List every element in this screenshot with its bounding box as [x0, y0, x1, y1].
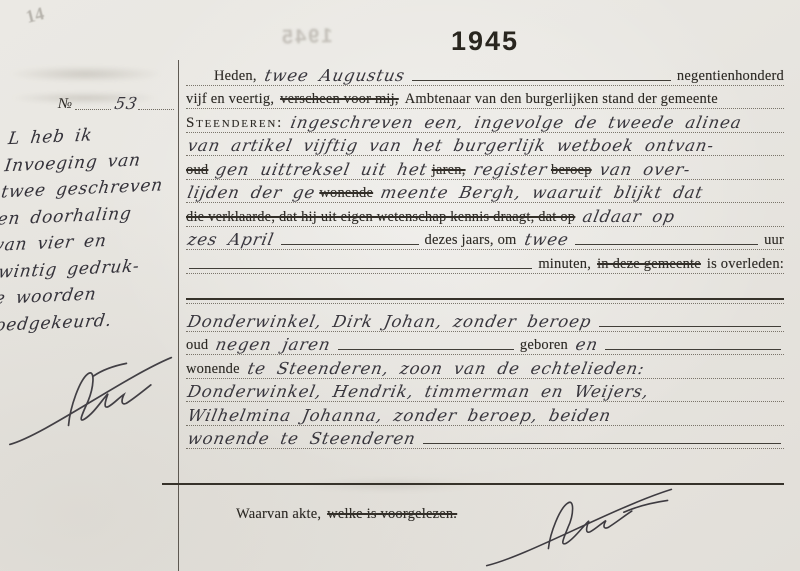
page-corner-number: 14 — [24, 3, 47, 28]
handwritten-text: Donderwinkel, Dirk Johan, zonder beroep — [186, 312, 593, 331]
handwritten-text: te Steenderen, zoon van de echtelieden: — [246, 359, 647, 378]
printed-text: dezes jaars, om — [425, 232, 517, 249]
fill-rule — [605, 349, 781, 350]
line-officiant: vijf en veertig,verscheen voor mij,Ambte… — [186, 86, 784, 110]
handwritten-text: twee Augustus — [263, 66, 407, 85]
line-mother: Wilhelmina Johanna, zonder beroep, beide… — [186, 402, 784, 426]
line-parents-residence: wonende te Steenderen — [186, 426, 784, 450]
printed-struck-text: welke is voorgelezen. — [327, 506, 457, 523]
printed-text: is overleden: — [707, 256, 784, 273]
handwritten-text: Wilhelmina Johanna, zonder beroep, beide… — [186, 406, 613, 425]
printed-text: Waarvan akte, — [236, 506, 321, 523]
handwritten-text: lijden der ge — [186, 183, 317, 202]
fill-rule — [281, 244, 418, 245]
bleed-through-smudge — [8, 66, 163, 82]
fill-rule — [189, 268, 532, 269]
printed-smallcaps-text: Steenderen: — [186, 115, 283, 132]
clerk-signature-icon — [481, 480, 677, 568]
line-death-date-time: zes Aprildezes jaars, omtweeuur — [186, 227, 784, 251]
printed-text: minuten, — [538, 256, 591, 273]
heavy-fill-rule — [186, 298, 784, 300]
fill-rule — [338, 349, 514, 350]
line-gemeente-registration: Steenderen:ingeschreven een, ingevolge d… — [186, 109, 784, 133]
printed-text: uur — [764, 232, 784, 249]
handwritten-text: ingeschreven een, ingevolge de tweede al… — [289, 113, 744, 132]
line-opening-date: Heden,twee Augustusnegentienhonderd — [186, 62, 784, 86]
closing-rule — [162, 464, 784, 488]
handwritten-text: zes April — [186, 230, 276, 249]
handwritten-text: register — [472, 160, 549, 179]
printed-struck-text: jaren, — [432, 162, 466, 179]
act-column: Heden,twee Augustusnegentienhonderdvijf … — [186, 62, 784, 523]
fill-rule — [599, 326, 781, 327]
handwritten-text: Donderwinkel, Hendrik, timmerman en Weij… — [186, 382, 651, 401]
fill-rule — [423, 443, 781, 444]
printed-text: wonende — [186, 361, 240, 378]
handwritten-text: en — [574, 335, 600, 354]
line-uittreksel: oudgen uittreksel uit hetjaren,registerb… — [186, 156, 784, 180]
line-overleden: minuten,in deze gemeenteis overleden: — [186, 250, 784, 274]
printed-struck-text: oud — [186, 162, 208, 179]
printed-struck-text: beroep — [551, 162, 592, 179]
printed-text: Ambtenaar van den burgerlijken stand der… — [405, 91, 718, 108]
act-number-label: № — [58, 96, 73, 113]
line-age-born: oudnegen jarengeborenen — [186, 332, 784, 356]
year-header: 1945 — [185, 26, 785, 57]
act-number-value: 53 — [113, 94, 139, 113]
printed-text: negentienhonderd — [677, 68, 784, 85]
line-father: Donderwinkel, Hendrik, timmerman en Weij… — [186, 379, 784, 403]
handwritten-text: negen jaren — [214, 335, 332, 354]
heavy-fill-rule — [162, 483, 784, 485]
printed-struck-text: in deze gemeente — [597, 256, 701, 273]
death-certificate-page: 14 1945 1945 № 53 L heb ikInvoeging vant… — [0, 0, 800, 571]
handwritten-text: twee — [523, 230, 571, 249]
line-struck-declaration: die verklaarde, dat hij uit eigen wetens… — [186, 203, 784, 227]
handwritten-text: van artikel vijftig van het burgerlijk w… — [186, 136, 716, 155]
printed-text: oud — [186, 337, 208, 354]
line-deceased: Donderwinkel, Dirk Johan, zonder beroep — [186, 308, 784, 332]
printed-text: vijf en veertig, — [186, 91, 274, 108]
fill-rule — [412, 80, 671, 81]
line-gemeente-bergh: lijden der gewonendemeente Bergh, waarui… — [186, 180, 784, 204]
handwritten-text: wonende te Steenderen — [186, 429, 418, 448]
handwritten-text: van over- — [598, 160, 692, 179]
printed-struck-text: die verklaarde, dat hij uit eigen wetens… — [186, 209, 575, 226]
dotted-leader — [138, 109, 174, 110]
dotted-leader — [75, 109, 111, 110]
line-blank-rule — [186, 281, 784, 305]
printed-text: Heden, — [214, 68, 257, 85]
printed-struck-text: wonende — [319, 185, 373, 202]
printed-text: geboren — [520, 337, 568, 354]
margin-signature-icon — [5, 345, 177, 448]
line-artikel: van artikel vijftig van het burgerlijk w… — [186, 133, 784, 157]
handwritten-text: meente Bergh, waaruit blijkt dat — [379, 183, 705, 202]
line-residence: wonendete Steenderen, zoon van de echtel… — [186, 355, 784, 379]
act-number-row: № 53 — [58, 94, 176, 113]
handwritten-text: gen uittreksel uit het — [214, 160, 429, 179]
margin-annotation: L heb ikInvoeging vantwee geschrevenen d… — [0, 119, 178, 340]
printed-struck-text: verscheen voor mij, — [280, 91, 399, 108]
margin-divider-line — [178, 60, 179, 571]
fill-rule — [575, 244, 758, 245]
act-lines: Heden,twee Augustusnegentienhonderdvijf … — [186, 62, 784, 523]
handwritten-text: aldaar op — [581, 207, 677, 226]
